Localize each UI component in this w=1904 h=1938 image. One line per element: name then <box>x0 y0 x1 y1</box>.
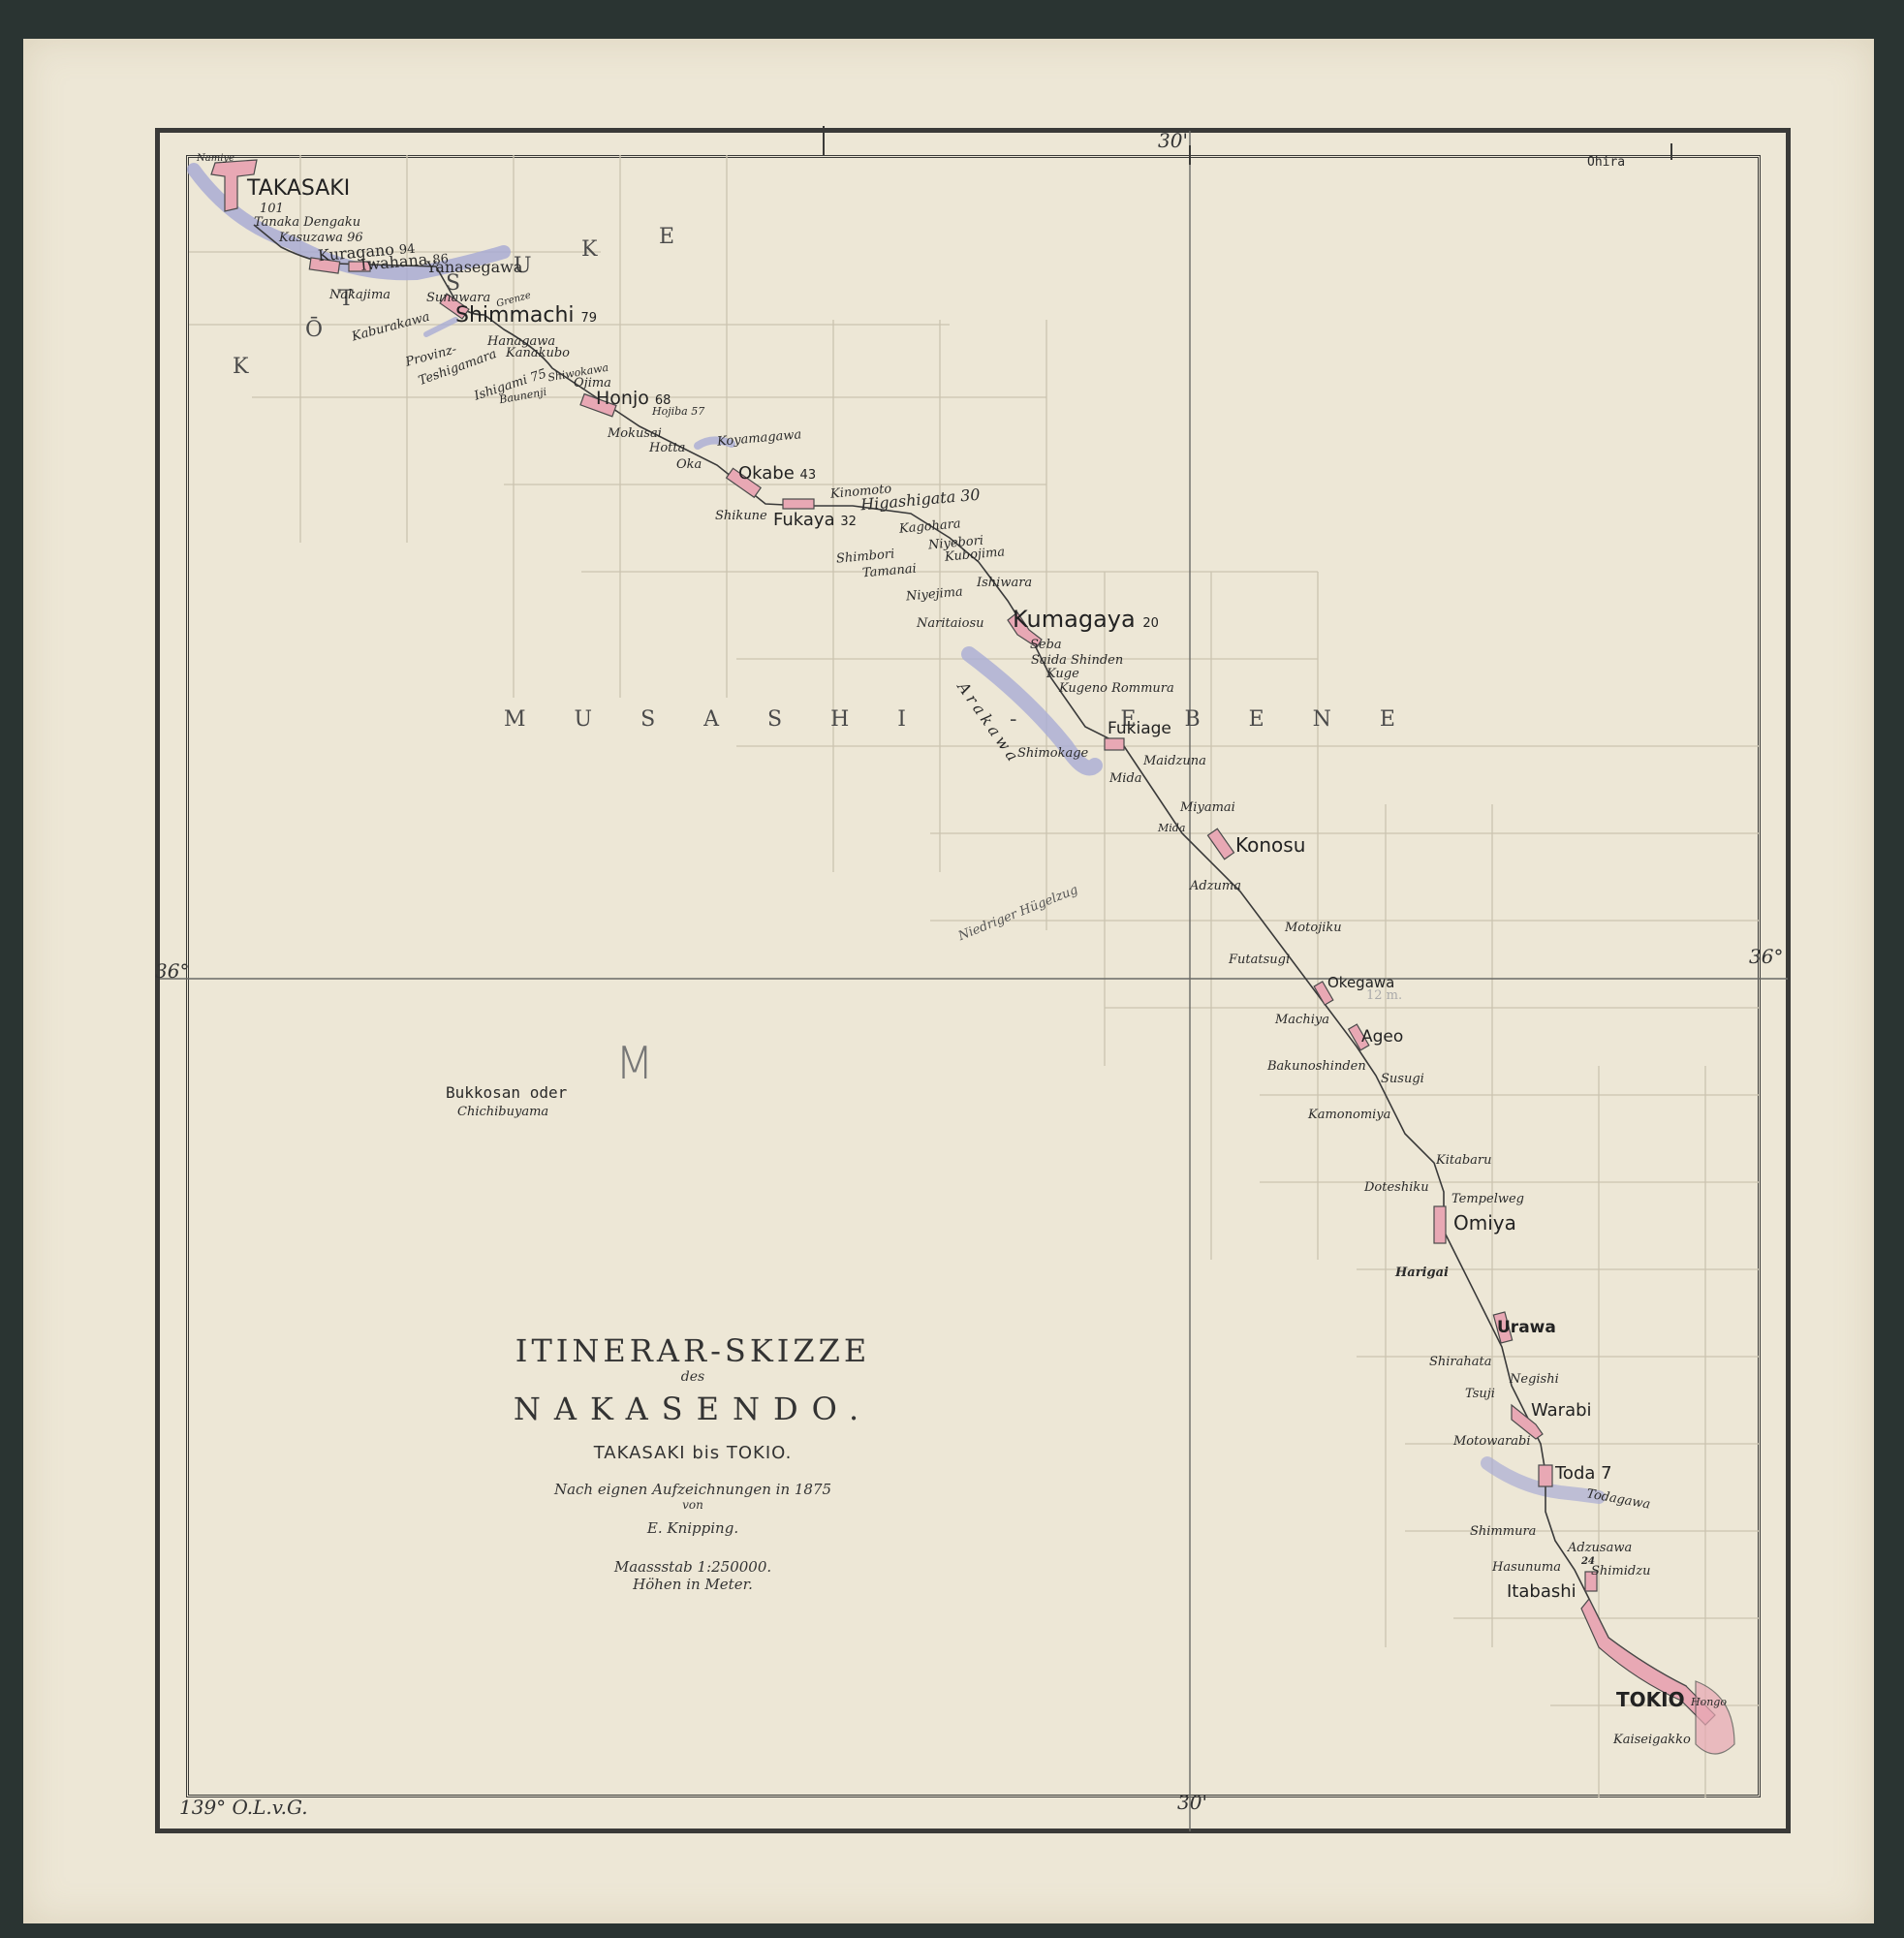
town-tokio: TOKIO <box>1616 1688 1685 1711</box>
village-label: Mokusai <box>608 426 662 441</box>
village-label: Kasuzawa 96 <box>279 231 363 245</box>
heights-note: Höhen in Meter. <box>504 1576 882 1593</box>
village-label: Hongo <box>1691 1696 1727 1708</box>
village-label: Adzusawa <box>1568 1541 1632 1555</box>
town-warabi: Warabi <box>1531 1400 1592 1421</box>
village-label: Mida <box>1109 771 1142 786</box>
village-label: Miyamai <box>1180 800 1235 815</box>
village-label: Saida Shinden <box>1031 653 1123 668</box>
village-label: Sunawara <box>426 291 490 305</box>
town-takasaki: TAKASAKI <box>247 176 350 201</box>
village-label: Maidzuna <box>1143 754 1206 768</box>
village-label: Hotta <box>649 441 685 455</box>
town-itabashi: Itabashi <box>1507 1581 1576 1602</box>
label-ohira: Ohira <box>1587 155 1625 170</box>
region-letter-k: K <box>233 355 297 379</box>
town-konosu: Konosu <box>1235 833 1305 857</box>
village-label: Seba <box>1030 638 1062 652</box>
coord-left-36deg: 36° <box>155 959 189 983</box>
label-mountain: Bukkosan oder <box>446 1083 567 1102</box>
map-title-cartouche: ITINERAR-SKIZZE des NAKASENDO. TAKASAKI … <box>504 1332 882 1593</box>
village-label: Hojiba 57 <box>652 405 704 418</box>
village-label: Kanakubo <box>506 346 570 360</box>
graticule <box>160 131 1788 1831</box>
village-label: Ishiwara <box>977 576 1032 590</box>
village-label: Kitabaru <box>1436 1153 1492 1168</box>
grid-lines <box>189 155 1759 1797</box>
town-ageo: Ageo <box>1361 1027 1403 1047</box>
town-omiya: Omiya <box>1453 1211 1516 1235</box>
region-letter-u: U <box>514 254 580 278</box>
region-letter-e: E <box>659 225 723 249</box>
region-letter-k2: K <box>581 237 645 262</box>
town-fukaya: Fukaya 32 <box>773 510 857 530</box>
village-label: Tanaka Dengaku <box>254 215 360 230</box>
height-annotation: 12 m. <box>1366 988 1402 1003</box>
village-label: Shimmura <box>1470 1524 1536 1539</box>
village-label: Shikune <box>715 509 767 523</box>
town-kumagaya: Kumagaya 20 <box>1013 606 1159 633</box>
village-label: Negishi <box>1510 1372 1559 1387</box>
coord-right-36deg: 36° <box>1749 945 1783 968</box>
village-label: Bakunoshinden <box>1267 1059 1366 1074</box>
credit-line: Nach eignen Aufzeichnungen in 1875 <box>504 1481 882 1498</box>
village-label: Shimokage <box>1017 746 1088 761</box>
title-des: des <box>504 1369 882 1385</box>
town-okabe: Okabe 43 <box>738 463 816 484</box>
town-blocks <box>211 160 1734 1754</box>
village-label: Shirahata <box>1429 1355 1492 1369</box>
scale-note: Maassstab 1:250000. <box>504 1558 882 1576</box>
village-label: Oka <box>676 457 702 472</box>
subtitle-route: TAKASAKI bis TOKIO. <box>504 1443 882 1463</box>
map-canvas <box>0 0 1904 1938</box>
town-shimmachi: Shimmachi 79 <box>455 303 597 328</box>
village-label: Ojima <box>574 376 611 391</box>
village-label: Mida <box>1158 822 1185 834</box>
author: E. Knipping. <box>504 1519 882 1537</box>
village-label: Kugeno Rommura <box>1059 681 1174 696</box>
village-label: Futatsugi <box>1229 953 1290 967</box>
town-toda: Toda 7 <box>1555 1463 1612 1484</box>
village-label: Machiya <box>1275 1013 1329 1027</box>
town-height: 101 <box>260 202 284 216</box>
village-label: Yanasegawa <box>426 258 522 276</box>
nakasendo-route <box>254 225 1705 1725</box>
label-m-mark: M <box>615 1037 654 1089</box>
town-urawa: Urawa <box>1497 1318 1556 1337</box>
coord-top-30min: 30' <box>1158 129 1188 152</box>
village-label: Namiye <box>197 153 234 164</box>
village-label: Kamonomiya <box>1308 1108 1390 1122</box>
village-label: Harigai <box>1395 1266 1449 1280</box>
village-label: Kuge <box>1046 667 1079 681</box>
village-label: Tsuji <box>1465 1387 1495 1401</box>
town-fukiage: Fukiage <box>1108 719 1171 738</box>
village-label: Motojiku <box>1285 921 1342 935</box>
village-label: Adzuma <box>1190 879 1241 893</box>
village-label: Shimidzu <box>1591 1564 1650 1579</box>
village-label: Susugi <box>1381 1072 1424 1086</box>
label-mountain-alt: Chichibuyama <box>457 1105 548 1119</box>
village-label: Doteshiku <box>1364 1180 1429 1195</box>
village-label: Tempelweg <box>1451 1192 1524 1206</box>
title-itinerar-skizze: ITINERAR-SKIZZE <box>504 1332 882 1369</box>
village-label: Naritaiosu <box>917 616 984 631</box>
village-label: Nakajima <box>329 288 390 302</box>
village-label: Motowarabi <box>1453 1434 1531 1449</box>
border-ticks <box>824 126 1671 165</box>
coord-bottom-30min: 30' <box>1177 1791 1207 1814</box>
credit-von: von <box>504 1498 882 1512</box>
coord-longitude: 139° O.L.v.G. <box>179 1796 308 1819</box>
title-nakasendo: NAKASENDO. <box>504 1391 882 1427</box>
village-label: Kaiseigakko <box>1613 1733 1691 1747</box>
village-label: Hasunuma <box>1492 1560 1561 1575</box>
